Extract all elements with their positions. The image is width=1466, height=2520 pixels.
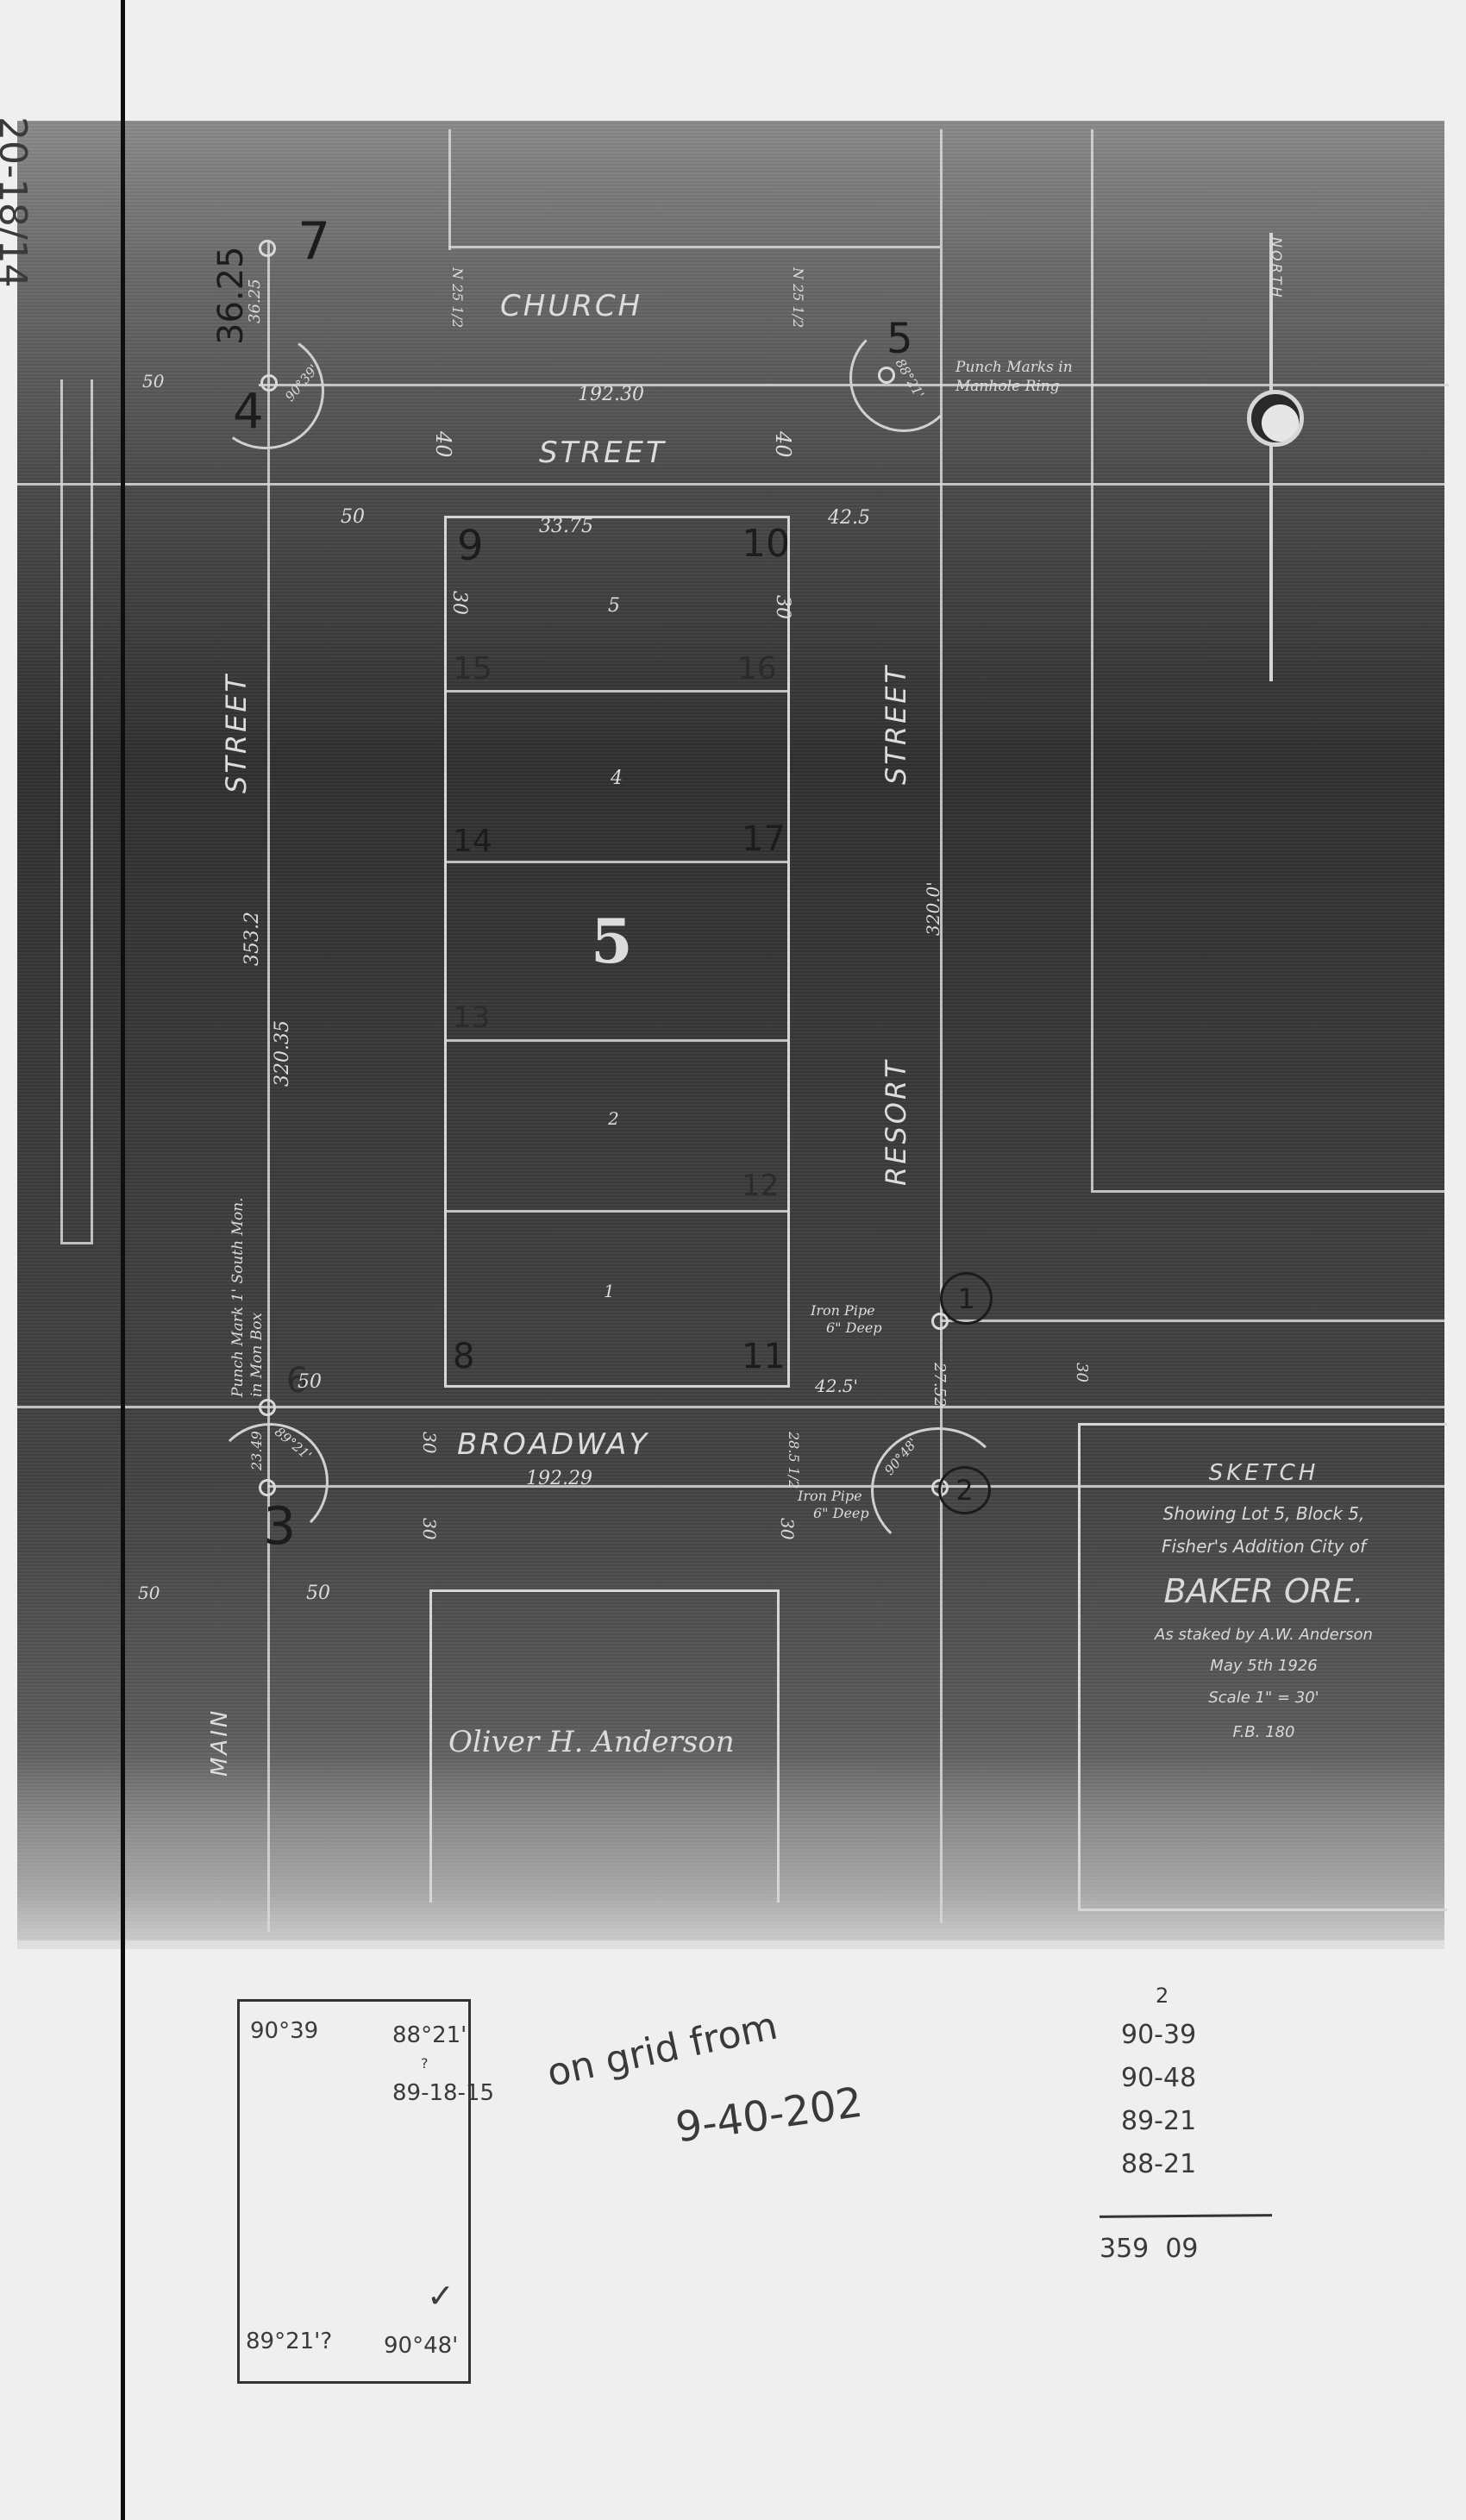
broadway-width-left-lower: 30: [419, 1518, 440, 1539]
west-edge-line: [60, 379, 63, 1242]
corner-15: 15: [453, 651, 492, 686]
corner-8: 8: [453, 1337, 474, 1376]
lot-4-label: 4: [611, 768, 623, 789]
lot-line-2-1: [444, 1210, 787, 1213]
corner-11: 11: [742, 1337, 786, 1376]
east-offset-p1: 42.5': [815, 1376, 858, 1396]
iron-pipe-p2-line2: 6" Deep: [798, 1505, 869, 1522]
sketch-angle-top-right: 88°21': [392, 2022, 467, 2048]
east-offset-top: 42.5: [828, 507, 870, 529]
resort-street-east-line: [1091, 129, 1093, 1190]
church-bearing-right: N 25 1/2: [790, 267, 806, 328]
title-line-2: Showing Lot 5, Block 5,: [1081, 1503, 1447, 1524]
title-line-7: Scale 1" = 30': [1081, 1689, 1447, 1707]
west-offset-top: 50: [341, 506, 365, 528]
point-1-circle: 1: [940, 1272, 993, 1325]
west-street-label: STREET: [220, 673, 253, 793]
lot-line-5-4: [444, 690, 787, 693]
punch-marks-manhole-line1: Punch Marks in: [955, 358, 1073, 377]
sketch-angle-query: ?: [421, 2055, 429, 2072]
sum-value-1: 90-39: [1121, 2014, 1196, 2057]
iron-pipe-p2-line1: Iron Pipe: [798, 1488, 869, 1505]
north-arrow-label: NORTH: [1269, 237, 1285, 299]
resort-label: RESORT: [880, 1058, 912, 1186]
west-inner-line: [91, 379, 93, 1242]
main-street-length: 353.2: [241, 912, 263, 966]
church-street-south-line: [17, 483, 1444, 486]
church-length: 192.30: [578, 384, 644, 405]
west-block-length: 320.35: [272, 1020, 293, 1087]
title-line-4: BAKER ORE.: [1081, 1572, 1447, 1610]
corner-12: 12: [742, 1169, 779, 1203]
title-block: SKETCH Showing Lot 5, Block 5, Fisher's …: [1078, 1423, 1447, 1911]
angle-arc-p2: [871, 1427, 1006, 1553]
sum-value-2: 90-48: [1121, 2057, 1196, 2100]
west-edge-bottom: [60, 1242, 93, 1244]
sum-total: 359 09: [1099, 2234, 1199, 2264]
punch-mark-west-note: Punch Mark 1' South Mon. in Mon Box: [229, 1198, 266, 1397]
lot-depth-left: 30: [448, 591, 470, 615]
church-street-label-2: STREET: [539, 436, 667, 470]
north-block-bottom: [448, 246, 940, 248]
iron-pipe-p1-line2: 6" Deep: [811, 1320, 882, 1337]
title-line-8: F.B. 180: [1081, 1723, 1447, 1741]
lot-1-label: 1: [604, 1281, 615, 1301]
west-offset-p6: 50: [298, 1371, 322, 1393]
sum-values: 90-39 90-48 89-21 88-21: [1121, 2014, 1196, 2186]
point-1-label: 1: [957, 1282, 974, 1315]
east-block-length: 320.0': [923, 881, 943, 936]
survey-point-7-marker: [259, 240, 276, 257]
north-arrow-symbol-icon: [1247, 390, 1304, 447]
broadway-length: 192.29: [526, 1468, 592, 1489]
sketch-angle-bottom-right: 90°48': [384, 2333, 458, 2359]
iron-pipe-p1-note: Iron Pipe 6" Deep: [811, 1302, 882, 1337]
title-line-6: May 5th 1926: [1081, 1657, 1447, 1675]
sketch-angle-right-middle: 89-18-15: [392, 2080, 494, 2106]
corner-10: 10: [742, 522, 790, 566]
east-block-bottom: [1091, 1190, 1444, 1193]
main-street-label: MAIN: [207, 1708, 233, 1777]
punch-marks-manhole-line2: Manhole Ring: [955, 377, 1073, 396]
corner-9: 9: [457, 522, 484, 570]
iron-pipe-p2-note: Iron Pipe 6" Deep: [798, 1488, 869, 1522]
lot-depth-right: 30: [772, 595, 793, 619]
angle-sketch-rectangle: [237, 1999, 471, 2384]
title-line-5: As staked by A.W. Anderson: [1081, 1626, 1447, 1644]
sum-value-4: 88-21: [1121, 2143, 1196, 2186]
scan-artifact-line: [121, 0, 125, 2520]
church-street-label-1: CHURCH: [500, 289, 642, 323]
sum-value-3: 89-21: [1121, 2100, 1196, 2143]
surveyor-signature: Oliver H. Anderson: [448, 1725, 735, 1759]
church-bearing-left: N 25 1/2: [449, 267, 466, 328]
punch-mark-west-line2: in Mon Box: [247, 1198, 266, 1397]
broadway-bearing-right: 28.5 1/2: [786, 1432, 802, 1489]
church-width-right: 40: [771, 431, 795, 458]
punch-mark-west-line1: Punch Mark 1' South Mon.: [229, 1198, 247, 1397]
broadway-north-line: [17, 1406, 1444, 1408]
p1-east-line: [940, 1320, 1444, 1322]
sum-header: 2: [1156, 1984, 1168, 2008]
survey-point-6-marker: [259, 1399, 276, 1416]
dist-7-4-white: 36.25: [246, 279, 264, 323]
dist-1-2: 27.52: [930, 1363, 949, 1407]
corner-17: 17: [742, 819, 786, 859]
broadway-width-left: 30: [419, 1432, 440, 1453]
corner-16: 16: [737, 651, 777, 686]
broadway-width-right-lower: 30: [777, 1518, 798, 1539]
sketch-angle-bottom-left: 89°21'?: [246, 2329, 332, 2354]
title-line-1: SKETCH: [1081, 1460, 1447, 1486]
north-block-left: [448, 129, 451, 250]
west-offset-bottom: 50: [306, 1583, 330, 1604]
block-number: 5: [591, 906, 633, 977]
lot-line-3-2: [444, 1039, 787, 1042]
corner-14: 14: [453, 824, 492, 859]
resort-street-label: STREET: [880, 664, 912, 785]
angle-arc-p3: [211, 1423, 329, 1540]
check-mark-icon: ✓: [427, 2277, 454, 2315]
main-street-east-line: [267, 241, 270, 1932]
north-arrow-shaft: [1269, 233, 1273, 681]
east-right-width: 30: [1073, 1363, 1091, 1382]
sketch-angle-top-left: 90°39: [250, 2018, 318, 2044]
punch-marks-manhole-note: Punch Marks in Manhole Ring: [955, 358, 1073, 396]
iron-pipe-p1-line1: Iron Pipe: [811, 1302, 882, 1320]
point-7-label: 7: [298, 211, 330, 272]
lot-line-4-3: [444, 861, 787, 863]
west-offset-bottom-left: 50: [138, 1583, 160, 1603]
broadway-label: BROADWAY: [457, 1427, 649, 1462]
title-line-3: Fisher's Addition City of: [1081, 1536, 1447, 1557]
block-top-width: 33.75: [539, 516, 593, 537]
lot-5-label: 5: [608, 595, 620, 617]
west-offset-top-left: 50: [142, 371, 164, 392]
dist-6-3: 23.49: [248, 1431, 265, 1470]
church-width-left: 40: [431, 431, 455, 458]
margin-annotation: 20-18/14: [0, 116, 34, 288]
lot-2-label: 2: [608, 1108, 619, 1129]
corner-13: 13: [453, 1000, 490, 1035]
